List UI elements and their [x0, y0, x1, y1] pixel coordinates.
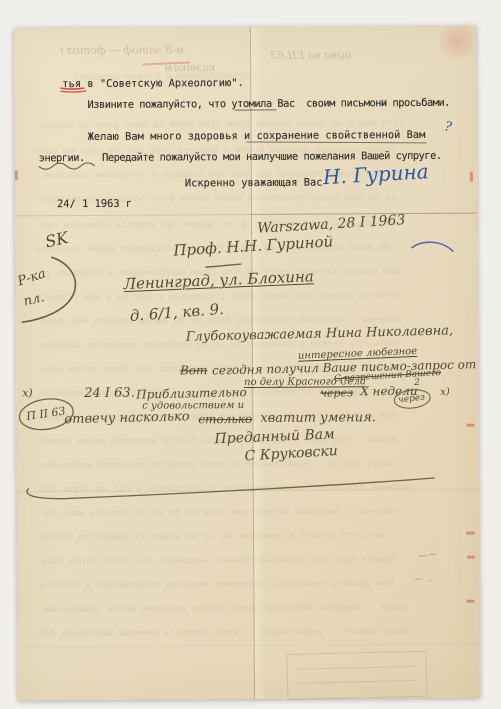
pen-strokes-overlay: [14, 26, 480, 701]
margin-bracket-stroke: [21, 257, 75, 322]
blue-signature-flourish: [411, 242, 453, 252]
red-underline-tya-2: [60, 91, 86, 92]
scanned-letter-page: { "page": {"background": "#f0efec"}, "pa…: [0, 0, 501, 709]
dash-under-recipient: [205, 264, 241, 267]
circle-margin-date: [17, 395, 75, 433]
circle-cherez: [393, 388, 431, 410]
wavy-underline-energii: [39, 163, 95, 169]
letter-paper-sheet: Глубокоуважаемый Стефан АдамовичХотя мне…: [14, 26, 480, 701]
red-underline-tya-1: [60, 88, 84, 89]
long-pen-stroke: [27, 478, 435, 499]
underline-svoystvennoy: [247, 141, 427, 144]
